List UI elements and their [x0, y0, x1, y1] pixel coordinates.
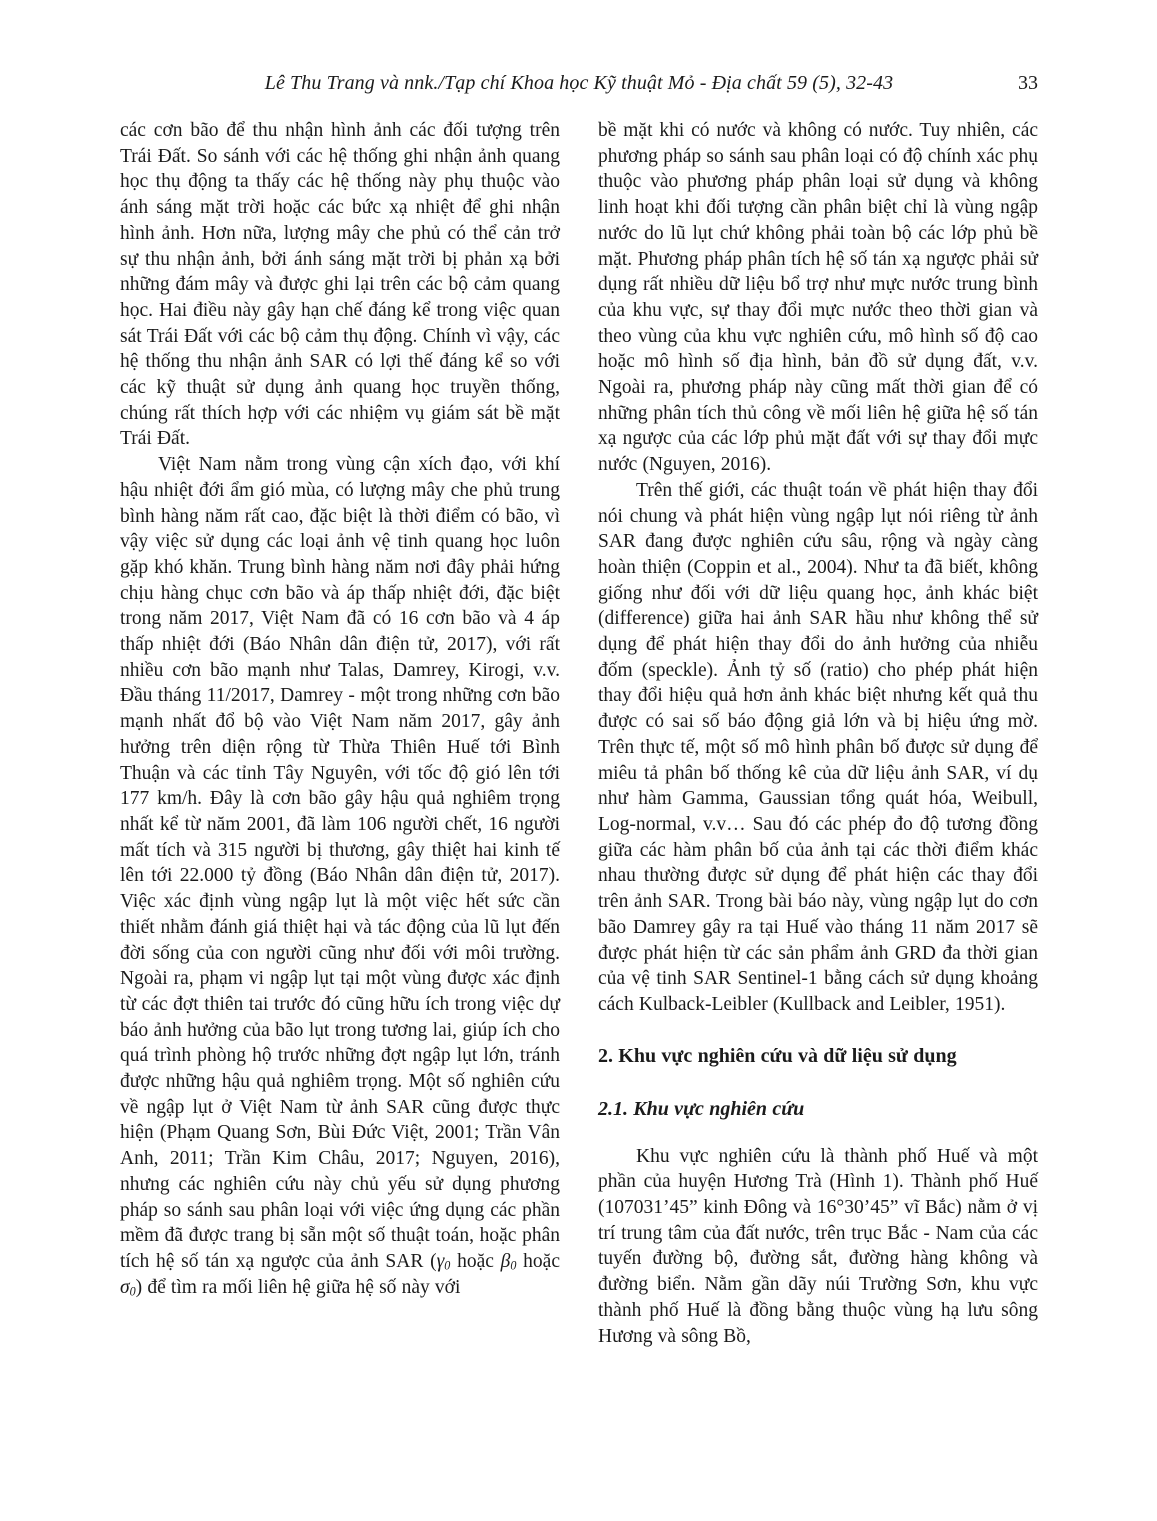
subsection-heading: 2.1. Khu vực nghiên cứu: [598, 1096, 1038, 1122]
journal-page: Lê Thu Trang và nnk./Tạp chí Khoa học Kỹ…: [0, 0, 1157, 1521]
paragraph-tail: ) để tìm ra mối liên hệ giữa hệ số này v…: [136, 1277, 461, 1298]
paragraph-vietnam-storms: Việt Nam nằm trong vùng cận xích đạo, vớ…: [120, 452, 560, 1300]
right-column: bề mặt khi có nước và không có nước. Tuy…: [598, 118, 1038, 1349]
separator-text: hoặc: [516, 1251, 560, 1272]
page-header: Lê Thu Trang và nnk./Tạp chí Khoa học Kỹ…: [120, 72, 1038, 100]
paragraph-continuation: bề mặt khi có nước và không có nước. Tuy…: [598, 118, 1038, 478]
paragraph-change-detection: Trên thế giới, các thuật toán về phát hi…: [598, 478, 1038, 1018]
page-number: 33: [1018, 72, 1038, 95]
section-heading: 2. Khu vực nghiên cứu và dữ liệu sử dụng: [598, 1043, 1038, 1069]
running-title: Lê Thu Trang và nnk./Tạp chí Khoa học Kỹ…: [120, 72, 1038, 95]
beta-symbol: β: [501, 1251, 511, 1272]
paragraph-text: Việt Nam nằm trong vùng cận xích đạo, vớ…: [120, 454, 560, 1272]
paragraph-continuation: các cơn bão để thu nhận hình ảnh các đối…: [120, 118, 560, 452]
left-column: các cơn bão để thu nhận hình ảnh các đối…: [120, 118, 560, 1300]
paragraph-study-area: Khu vực nghiên cứu là thành phố Huế và m…: [598, 1144, 1038, 1350]
sigma-symbol: σ: [120, 1277, 130, 1298]
separator-text: hoặc: [450, 1251, 500, 1272]
